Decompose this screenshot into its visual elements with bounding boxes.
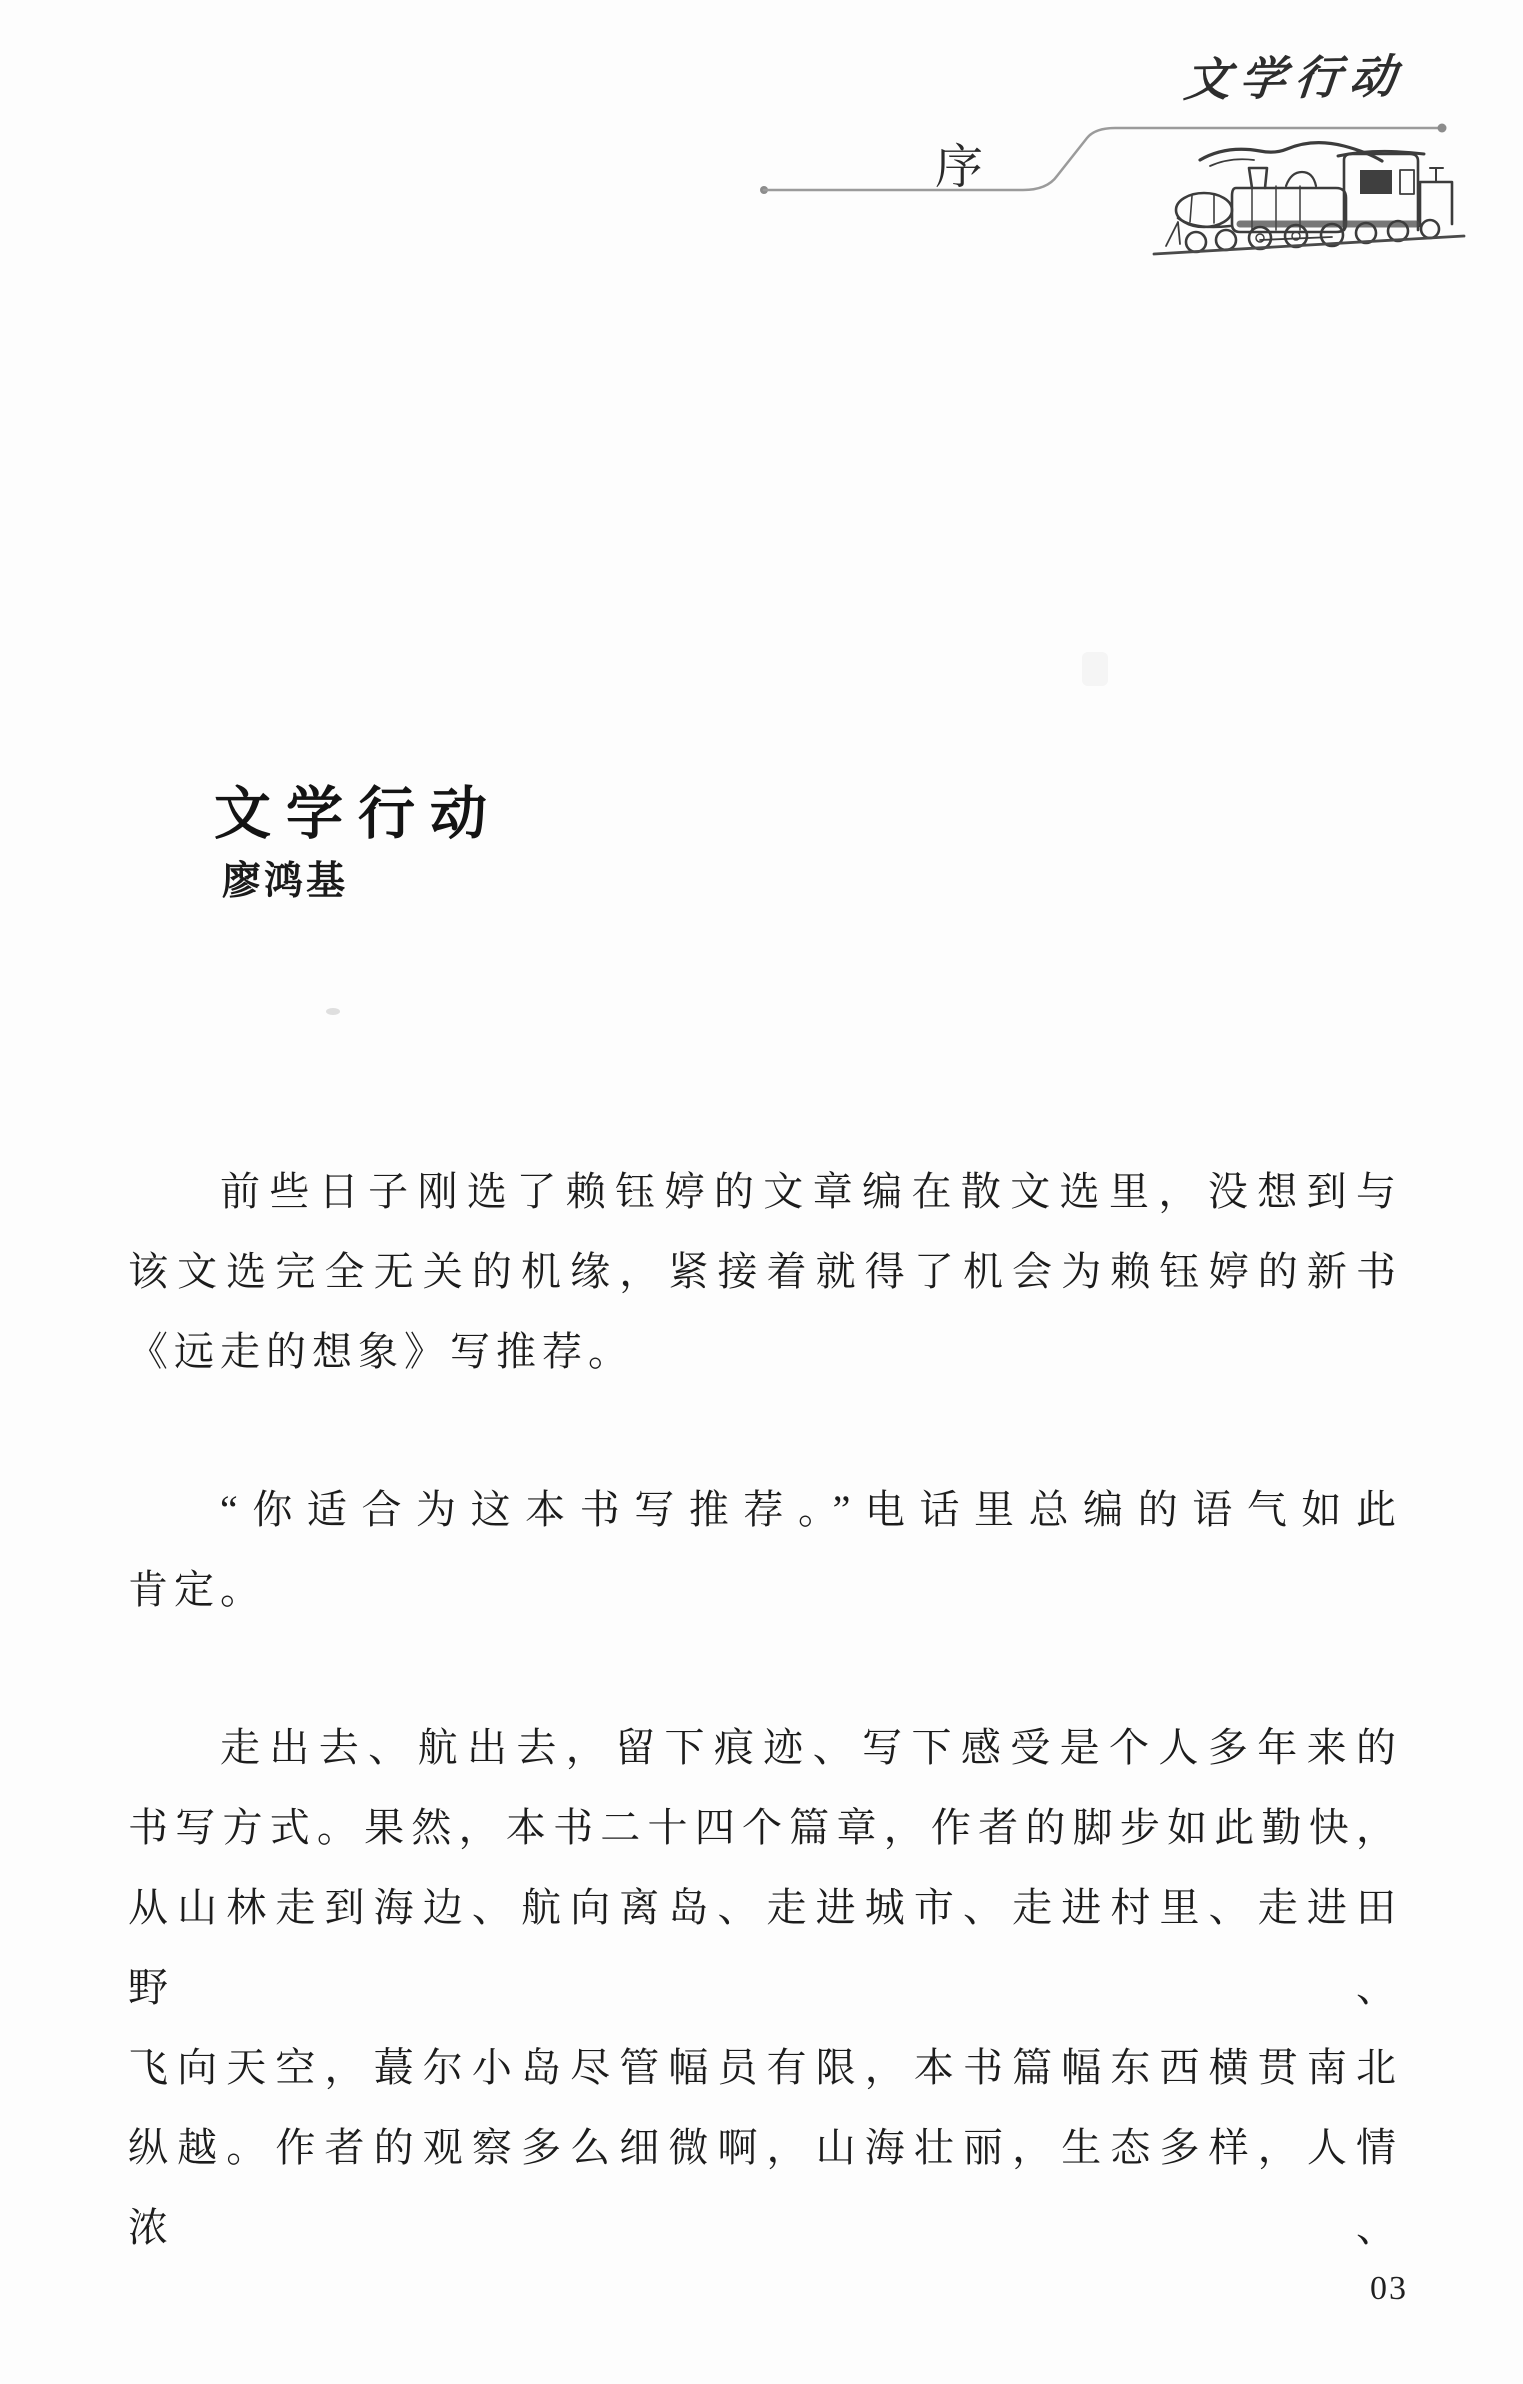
text-line: “你适合为这本书写推荐。”电话里总编的语气如此 <box>128 1470 1402 1550</box>
text-line: 纵越。作者的观察多么细微啊，山海壮丽，生态多样，人情浓、 <box>128 2108 1402 2268</box>
paragraph-1: 前些日子刚选了赖钰婷的文章编在散文选里，没想到与 该文选完全无关的机缘，紧接着就… <box>128 1152 1402 1392</box>
text-line: 书写方式。果然，本书二十四个篇章，作者的脚步如此勤快， <box>128 1788 1402 1868</box>
scan-artifact <box>326 1008 340 1015</box>
text-line: 肯定。 <box>128 1550 1402 1630</box>
train-sketch-icon <box>1148 126 1470 260</box>
author-name: 廖鸿基 <box>222 850 348 906</box>
text-line: 飞向天空，蕞尔小岛尽管幅员有限，本书篇幅东西横贯南北 <box>128 2028 1402 2108</box>
scan-artifact <box>1082 652 1108 686</box>
paragraph-3: 走出去、航出去，留下痕迹、写下感受是个人多年来的 书写方式。果然，本书二十四个篇… <box>128 1708 1402 2268</box>
text-line: 从山林走到海边、航向离岛、走进城市、走进村里、走进田野、 <box>128 1868 1402 2028</box>
paragraph-2: “你适合为这本书写推荐。”电话里总编的语气如此 肯定。 <box>128 1470 1402 1630</box>
running-title: 文学行动 <box>1182 40 1408 110</box>
page-title: 文学行动 <box>214 768 502 850</box>
text-line: 前些日子刚选了赖钰婷的文章编在散文选里，没想到与 <box>128 1152 1402 1232</box>
text-line: 该文选完全无关的机缘，紧接着就得了机会为赖钰婷的新书 <box>128 1232 1402 1312</box>
book-page: 序 文学行动 <box>0 0 1523 2384</box>
page-number: 03 <box>1370 2270 1408 2308</box>
text-line: 《远走的想象》写推荐。 <box>128 1312 1402 1392</box>
preface-body: 前些日子刚选了赖钰婷的文章编在散文选里，没想到与 该文选完全无关的机缘，紧接着就… <box>128 1152 1402 2268</box>
text-line: 走出去、航出去，留下痕迹、写下感受是个人多年来的 <box>128 1708 1402 1788</box>
section-label: 序 <box>935 128 985 197</box>
